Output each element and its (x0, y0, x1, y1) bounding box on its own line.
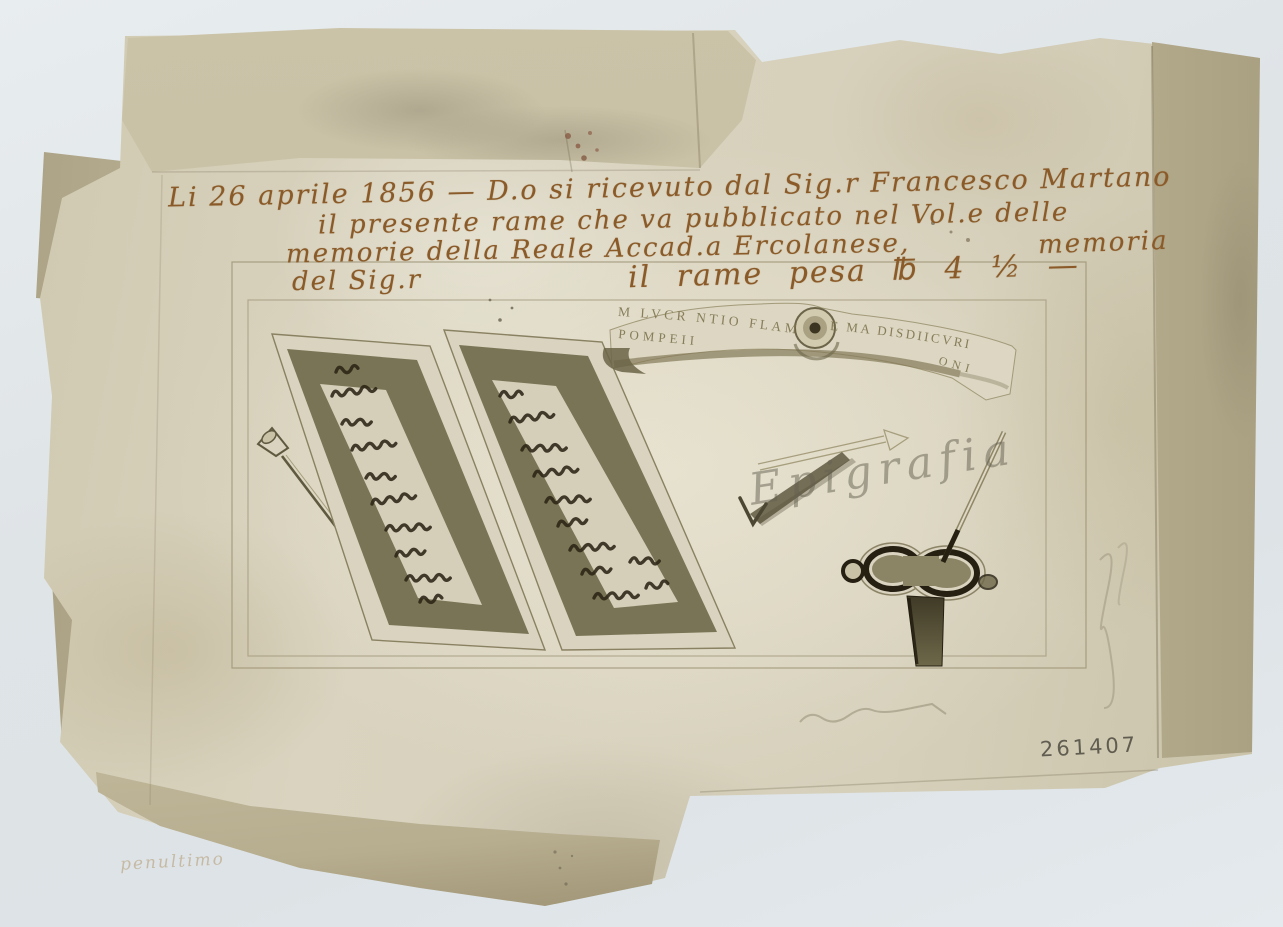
inscription-banner: M LVCR NTIO FLAM E MA DISDIICVRI POMPEII… (603, 303, 1016, 400)
scanned-photograph: M LVCR NTIO FLAM E MA DISDIICVRI POMPEII… (0, 0, 1283, 927)
inventory-number: 261407 (1039, 732, 1138, 761)
inkwell-handle-ring (843, 561, 863, 581)
engraving-layer: M LVCR NTIO FLAM E MA DISDIICVRI POMPEII… (0, 0, 1283, 927)
handwriting-line-4-left: del Sig.r (292, 265, 423, 297)
